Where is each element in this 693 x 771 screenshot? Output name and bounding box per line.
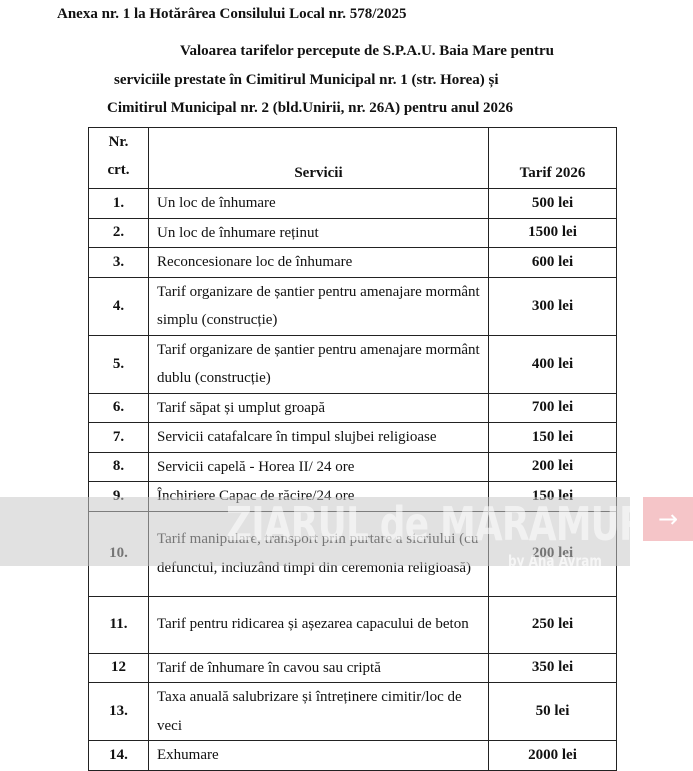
row-number: 2. (89, 218, 149, 248)
row-tariff: 700 lei (489, 393, 617, 423)
row-number: 6. (89, 393, 149, 423)
row-number: 4. (89, 277, 149, 335)
row-tariff: 500 lei (489, 189, 617, 219)
row-number: 3. (89, 248, 149, 278)
document-title-line-2: serviciile prestate în Cimitirul Municip… (114, 72, 499, 89)
row-tariff: 200 lei (489, 452, 617, 482)
row-service: Tarif de înhumare în cavou sau criptă (149, 653, 489, 683)
table-row: 13.Taxa anuală salubrizare și întreținer… (89, 683, 617, 741)
row-tariff: 200 lei (489, 511, 617, 596)
row-service: Taxa anuală salubrizare și întreținere c… (149, 683, 489, 741)
table-row: 9.Închiriere Capac de răcire/24 ore150 l… (89, 482, 617, 512)
row-tariff: 300 lei (489, 277, 617, 335)
row-number: 1. (89, 189, 149, 219)
row-service: Servicii capelă - Horea II/ 24 ore (149, 452, 489, 482)
row-tariff: 50 lei (489, 683, 617, 741)
row-tariff: 600 lei (489, 248, 617, 278)
row-service: Un loc de înhumare reținut (149, 218, 489, 248)
table-row: 12Tarif de înhumare în cavou sau criptă3… (89, 653, 617, 683)
table-row: 5.Tarif organizare de șantier pentru ame… (89, 335, 617, 393)
row-tariff: 1500 lei (489, 218, 617, 248)
arrow-right-icon: → (658, 505, 678, 533)
next-article-button[interactable]: → (643, 497, 693, 541)
row-service: Exhumare (149, 741, 489, 771)
row-number: 14. (89, 741, 149, 771)
table-row: 8.Servicii capelă - Horea II/ 24 ore200 … (89, 452, 617, 482)
row-tariff: 150 lei (489, 423, 617, 453)
table-row: 10.Tarif manipulare, transport prin purt… (89, 511, 617, 596)
annex-heading: Anexa nr. 1 la Hotărârea Consilului Loca… (57, 6, 406, 23)
row-service: Închiriere Capac de răcire/24 ore (149, 482, 489, 512)
header-nr: Nr. crt. (89, 128, 149, 189)
row-number: 9. (89, 482, 149, 512)
table-row: 6.Tarif săpat și umplut groapă700 lei (89, 393, 617, 423)
row-service: Tarif organizare de șantier pentru amena… (149, 335, 489, 393)
row-number: 10. (89, 511, 149, 596)
row-tariff: 400 lei (489, 335, 617, 393)
table-row: 1.Un loc de înhumare500 lei (89, 189, 617, 219)
table-row: 3.Reconcesionare loc de înhumare600 lei (89, 248, 617, 278)
table-row: 2.Un loc de înhumare reținut1500 lei (89, 218, 617, 248)
row-tariff: 250 lei (489, 596, 617, 653)
row-number: 12 (89, 653, 149, 683)
row-service: Tarif organizare de șantier pentru amena… (149, 277, 489, 335)
row-tariff: 150 lei (489, 482, 617, 512)
row-service: Tarif săpat și umplut groapă (149, 393, 489, 423)
header-nr-line2: crt. (89, 156, 148, 184)
row-number: 5. (89, 335, 149, 393)
row-service: Un loc de înhumare (149, 189, 489, 219)
row-number: 8. (89, 452, 149, 482)
header-tariff: Tarif 2026 (489, 128, 617, 189)
row-number: 11. (89, 596, 149, 653)
table-row: 7.Servicii catafalcare în timpul slujbei… (89, 423, 617, 453)
tariff-table: Nr. crt. Servicii Tarif 2026 1.Un loc de… (88, 127, 617, 771)
row-service: Servicii catafalcare în timpul slujbei r… (149, 423, 489, 453)
header-service: Servicii (149, 128, 489, 189)
document-title-line-1: Valoarea tarifelor percepute de S.P.A.U.… (180, 43, 554, 60)
row-tariff: 350 lei (489, 653, 617, 683)
row-service: Reconcesionare loc de înhumare (149, 248, 489, 278)
row-tariff: 2000 lei (489, 741, 617, 771)
table-row: 11.Tarif pentru ridicarea și așezarea ca… (89, 596, 617, 653)
table-row: 14.Exhumare2000 lei (89, 741, 617, 771)
document-title-line-3: Cimitirul Municipal nr. 2 (bld.Unirii, n… (107, 100, 513, 117)
table-row: 4.Tarif organizare de șantier pentru ame… (89, 277, 617, 335)
row-number: 13. (89, 683, 149, 741)
header-nr-line1: Nr. (89, 128, 148, 156)
row-service: Tarif pentru ridicarea și așezarea capac… (149, 596, 489, 653)
row-service: Tarif manipulare, transport prin purtare… (149, 511, 489, 596)
row-number: 7. (89, 423, 149, 453)
table-header-row: Nr. crt. Servicii Tarif 2026 (89, 128, 617, 189)
